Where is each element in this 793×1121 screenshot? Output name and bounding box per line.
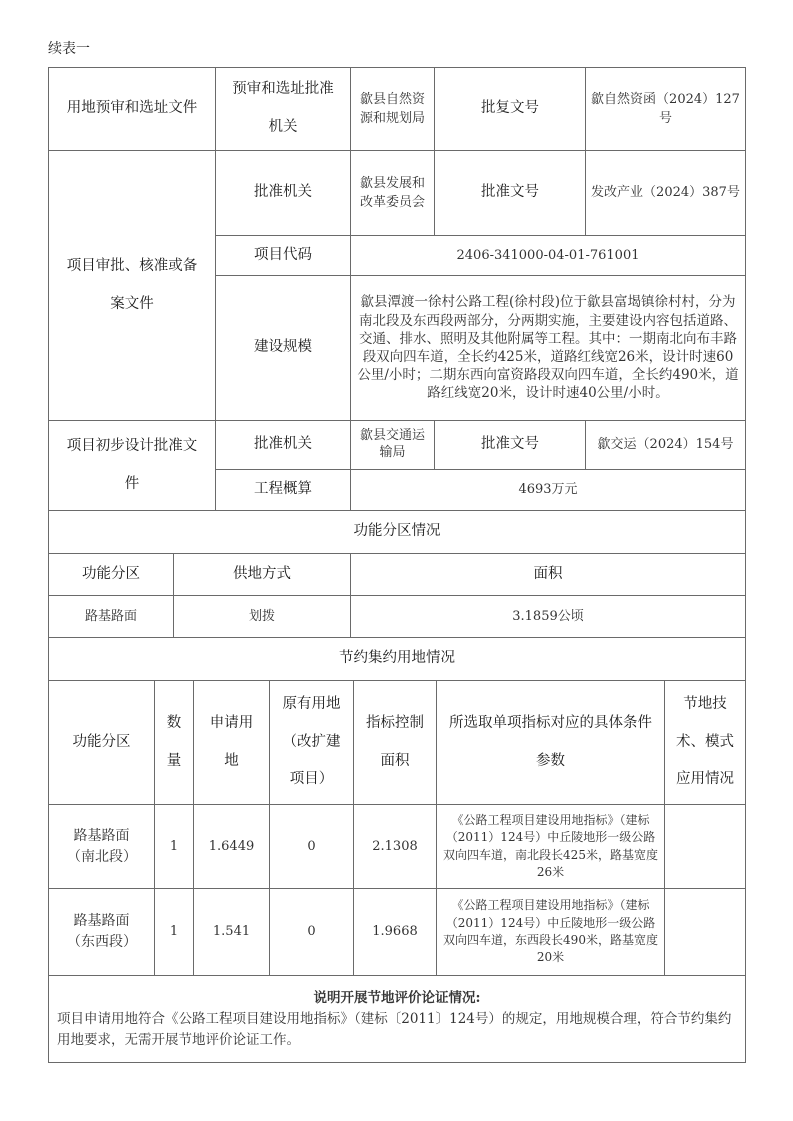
preapproval-authority-label: 预审和选址批准 机关 <box>215 67 351 151</box>
land-saving-evaluation-note: 说明开展节地评价论证情况: 项目申请用地符合《公路工程项目建设用地指标》（建标〔… <box>48 975 746 1063</box>
table-caption: 续表一 <box>48 38 90 58</box>
design-authority-value: 歙县交通运输局 <box>350 420 435 470</box>
label-line-1: 预审和选址批准 <box>232 71 334 109</box>
approval-doc-no-value: 发改产业（2024）387号 <box>585 150 746 236</box>
saving-header-qty: 数量 <box>154 680 194 805</box>
zoning-header-area: 面积 <box>350 553 746 596</box>
saving-row-2-control: 1.9668 <box>353 888 437 976</box>
design-doc-no-value: 歙交运（2024）154号 <box>585 420 746 470</box>
saving-header-applied: 申请用地 <box>193 680 270 805</box>
saving-row-2-tech <box>664 888 746 976</box>
note-title: 说明开展节地评价论证情况: <box>57 988 737 1009</box>
project-code-label: 项目代码 <box>215 235 351 276</box>
saving-row-1-zone: 路基路面（南北段） <box>48 804 155 889</box>
label-line-1: 项目审批、核准或备 <box>67 248 198 286</box>
approval-doc-no-label: 批准文号 <box>434 150 586 236</box>
saving-row-2-applied: 1.541 <box>193 888 270 976</box>
budget-label: 工程概算 <box>215 469 351 511</box>
section-label-project-approval: 项目审批、核准或备 案文件 <box>48 150 216 421</box>
approval-authority-label: 批准机关 <box>215 150 351 236</box>
zoning-header-zone: 功能分区 <box>48 553 174 596</box>
budget-value: 4693万元 <box>350 469 746 511</box>
construction-scale-value: 歙县潭渡一徐村公路工程(徐村段)位于歙县富堨镇徐村村，分为南北段及东西段两部分，… <box>350 275 746 421</box>
saving-row-1-applied: 1.6449 <box>193 804 270 889</box>
approval-authority-value: 歙县发展和改革委员会 <box>350 150 435 236</box>
preapproval-authority-value: 歙县自然资源和规划局 <box>350 67 435 151</box>
zoning-title: 功能分区情况 <box>48 510 746 554</box>
zoning-header-supply: 供地方式 <box>173 553 351 596</box>
project-code-value: 2406-341000-04-01-761001 <box>350 235 746 276</box>
saving-row-2-params: 《公路工程项目建设用地指标》（建标（2011）124号）中丘陵地形一级公路双向四… <box>436 888 665 976</box>
saving-row-1-params: 《公路工程项目建设用地指标》（建标（2011）124号）中丘陵地形一级公路双向四… <box>436 804 665 889</box>
section-label-land-preapproval: 用地预审和选址文件 <box>48 67 216 151</box>
saving-row-1-tech <box>664 804 746 889</box>
saving-header-existing: 原有用地（改扩建项目） <box>269 680 354 805</box>
reply-doc-no-value: 歙自然资函（2024）127号 <box>585 67 746 151</box>
saving-row-2-qty: 1 <box>154 888 194 976</box>
saving-header-zone: 功能分区 <box>48 680 155 805</box>
design-authority-label: 批准机关 <box>215 420 351 470</box>
saving-row-1-control: 2.1308 <box>353 804 437 889</box>
zoning-row-supply: 划拨 <box>173 595 351 638</box>
zoning-row-zone: 路基路面 <box>48 595 174 638</box>
zoning-row-area: 3.1859公顷 <box>350 595 746 638</box>
saving-row-2-zone: 路基路面（东西段） <box>48 888 155 976</box>
label-text: 用地预审和选址文件 <box>67 98 198 119</box>
label-line-2: 案文件 <box>110 286 154 324</box>
label-line-2: 件 <box>125 466 140 504</box>
saving-header-control: 指标控制面积 <box>353 680 437 805</box>
saving-header-params: 所选取单项指标对应的具体条件参数 <box>436 680 665 805</box>
note-body: 项目申请用地符合《公路工程项目建设用地指标》（建标〔2011〕124号）的规定，… <box>57 1009 737 1051</box>
reply-doc-no-label: 批复文号 <box>434 67 586 151</box>
saving-header-tech: 节地技术、模式应用情况 <box>664 680 746 805</box>
section-label-preliminary-design: 项目初步设计批准文 件 <box>48 420 216 511</box>
label-line-2: 机关 <box>269 109 298 147</box>
design-doc-no-label: 批准文号 <box>434 420 586 470</box>
saving-row-2-existing: 0 <box>269 888 354 976</box>
construction-scale-label: 建设规模 <box>215 275 351 421</box>
saving-row-1-existing: 0 <box>269 804 354 889</box>
label-line-1: 项目初步设计批准文 <box>67 428 198 466</box>
saving-title: 节约集约用地情况 <box>48 637 746 681</box>
saving-row-1-qty: 1 <box>154 804 194 889</box>
